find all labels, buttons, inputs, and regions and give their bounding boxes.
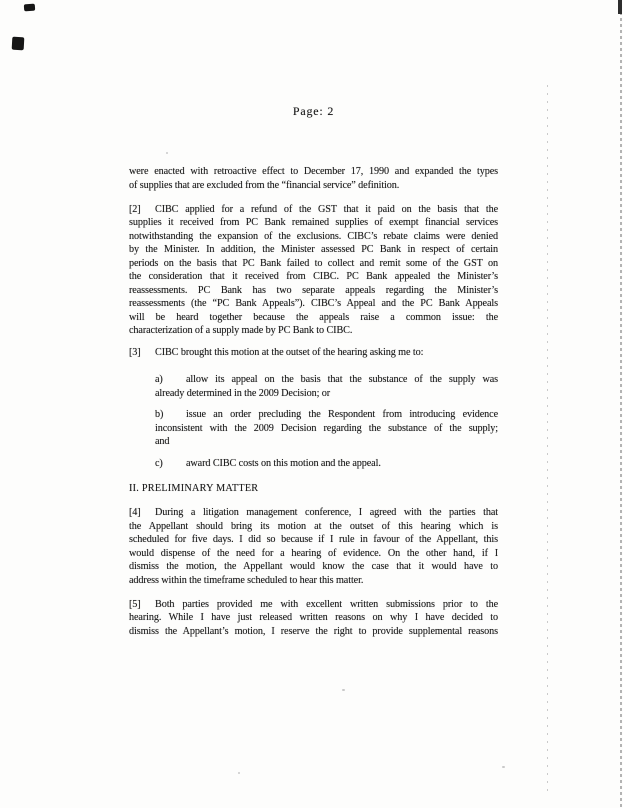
text: were enacted with retroactive effect to … [129,166,498,177]
text: periods on the basis that PC Bank failed… [129,258,498,269]
paragraph-number: [2] [129,203,155,217]
text-line: and [155,435,498,449]
block-para-3: [3]CIBC brought this motion at the outse… [129,346,498,360]
text: notwithstanding the expansion of the exc… [129,231,498,242]
text: will be heard together because the appea… [129,312,498,323]
text-line: supplies it received from PC Bank remain… [129,216,498,230]
text: of supplies that are excluded from the “… [129,180,399,191]
paragraph-number: [5] [129,598,155,612]
scanned-document-page: Page: 2were enacted with retroactive eff… [0,0,623,808]
text-line: b)issue an order precluding the Responde… [155,408,498,422]
scan-artifact-edge-line [620,0,622,808]
text-line: [5]Both parties provided me with excelle… [129,598,498,612]
section-heading: II. PRELIMINARY MATTER [129,482,498,496]
paragraph-number: [3] [129,346,155,360]
scan-speck [238,772,240,774]
text-line: hearing. While I have just released writ… [129,611,498,625]
text-line: dismiss the Appellant’s motion, I reserv… [129,625,498,639]
text: allow its appeal on the basis that the s… [186,374,498,385]
block-heading-ii: II. PRELIMINARY MATTER [129,482,498,496]
text-line: [4]During a litigation management confer… [129,506,498,520]
text-line: Page: 2 [129,104,498,118]
scan-speck [502,766,505,768]
paragraph-number: b) [155,408,186,422]
text-line: already determined in the 2009 Decision;… [155,387,498,401]
text: During a litigation management conferenc… [155,507,498,518]
text-line: address within the timeframe scheduled t… [129,574,498,588]
text: already determined in the 2009 Decision;… [155,388,330,399]
text-line: characterization of a supply made by PC … [129,324,498,338]
text: address within the timeframe scheduled t… [129,575,363,586]
text: characterization of a supply made by PC … [129,325,352,336]
document-text-column: Page: 2were enacted with retroactive eff… [129,104,498,638]
block-para-5: [5]Both parties provided me with excelle… [129,598,498,639]
scan-mark-top-right [618,0,622,14]
text-line: were enacted with retroactive effect to … [129,165,498,179]
text: and [155,436,169,447]
text: hearing. While I have just released writ… [129,612,498,623]
text: dismiss the Appellant’s motion, I reserv… [129,626,498,637]
block-item-a: a)allow its appeal on the basis that the… [155,373,498,400]
text: Page: 2 [293,104,334,118]
text-line: c)award CIBC costs on this motion and th… [155,457,498,471]
block-item-b: b)issue an order precluding the Responde… [155,408,498,449]
text: issue an order precluding the Respondent… [186,409,498,420]
block-page-number: Page: 2 [129,104,498,118]
text: Both parties provided me with excellent … [155,599,498,610]
text: supplies it received from PC Bank remain… [129,217,498,228]
text-line: [3]CIBC brought this motion at the outse… [129,346,498,360]
text-line: will be heard together because the appea… [129,311,498,325]
text-line: the Appellant should bring its motion at… [129,520,498,534]
paragraph-number: [4] [129,506,155,520]
text: award CIBC costs on this motion and the … [186,458,381,469]
text-line: notwithstanding the expansion of the exc… [129,230,498,244]
text: CIBC brought this motion at the outset o… [155,347,423,358]
text-line: inconsistent with the 2009 Decision rega… [155,422,498,436]
text: inconsistent with the 2009 Decision rega… [155,423,498,434]
text-line: periods on the basis that PC Bank failed… [129,257,498,271]
paragraph-number: a) [155,373,186,387]
block-para-2: [2]CIBC applied for a refund of the GST … [129,203,498,338]
text-line: dismiss the motion, the Appellant would … [129,560,498,574]
text: would dispense of the need for a hearing… [129,548,498,559]
block-para-4: [4]During a litigation management confer… [129,506,498,587]
text: the Appellant should bring its motion at… [129,521,498,532]
text: reassessments. PC Bank has two separate … [129,285,498,296]
text-line: [2]CIBC applied for a refund of the GST … [129,203,498,217]
scan-mark-top-left-2 [12,37,25,51]
text-line: scheduled for five days. I did so becaus… [129,533,498,547]
text: dismiss the motion, the Appellant would … [129,561,498,572]
text-line: a)allow its appeal on the basis that the… [155,373,498,387]
text: CIBC applied for a refund of the GST tha… [155,204,498,215]
text-line: reassessments (the “PC Bank Appeals”). C… [129,297,498,311]
text-line: of supplies that are excluded from the “… [129,179,498,193]
text: the consideration that it received from … [129,271,498,282]
text-line: reassessments. PC Bank has two separate … [129,284,498,298]
paragraph-number: c) [155,457,186,471]
scan-speck [342,689,345,691]
text: scheduled for five days. I did so becaus… [129,534,498,545]
text-line: the consideration that it received from … [129,270,498,284]
text: II. PRELIMINARY MATTER [129,483,258,494]
text: by the Minister. In addition, the Minist… [129,244,498,255]
text: reassessments (the “PC Bank Appeals”). C… [129,298,498,309]
scan-mark-top-left-1 [24,4,35,12]
block-para-intro: were enacted with retroactive effect to … [129,165,498,192]
scan-artifact-dotted-line [547,85,548,795]
text-line: by the Minister. In addition, the Minist… [129,243,498,257]
block-item-c: c)award CIBC costs on this motion and th… [155,457,498,471]
text-line: would dispense of the need for a hearing… [129,547,498,561]
